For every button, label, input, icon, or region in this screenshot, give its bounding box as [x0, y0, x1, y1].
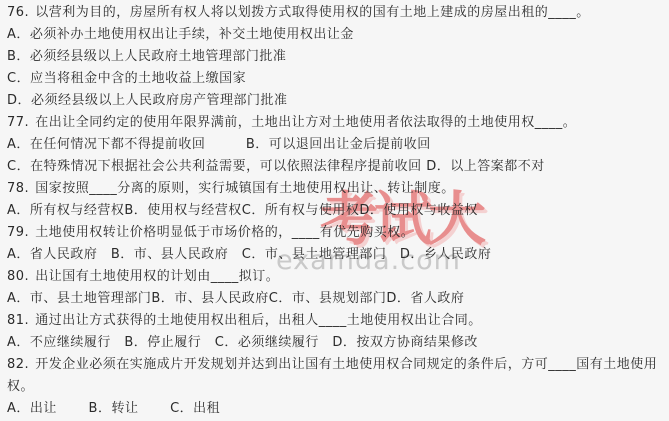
option-line: A．必须补办土地使用权出让手续，补交土地使用权出让金 — [7, 24, 663, 46]
question-stem-text: 以营利为目的，房屋所有权人将以划拨方式取得使用权的国有土地上建成的房屋出租的__… — [35, 5, 590, 20]
question-81: 81.通过出让方式获得的土地使用权出租后，出租人____土地使用权出让合同。 A… — [7, 310, 663, 354]
question-number: 80. — [7, 269, 29, 284]
option-line: C．应当将租金中含的土地收益上缴国家 — [7, 68, 663, 90]
option-line: A．省人民政府 B．市、县人民政府 C．市、县土地管理部门 D．乡人民政府 — [7, 244, 663, 266]
question-79: 79.土地使用权转让价格明显低于市场价格的，____有优先购买权。 A．省人民政… — [7, 222, 663, 266]
question-number: 77. — [7, 115, 29, 130]
question-number: 82. — [7, 357, 29, 372]
questions-list: 76.以营利为目的，房屋所有权人将以划拨方式取得使用权的国有土地上建成的房屋出租… — [7, 2, 663, 420]
question-number: 76. — [7, 5, 29, 20]
option-line: D．必须经县级以上人民政府房产管理部门批准 — [7, 90, 663, 112]
question-76: 76.以营利为目的，房屋所有权人将以划拨方式取得使用权的国有土地上建成的房屋出租… — [7, 2, 663, 112]
question-77: 77.在出让全同约定的使用年限界满前，土地出让方对土地使用者依法取得的土地使用权… — [7, 112, 663, 178]
question-stem-text: 国家按照____分离的原则，实行城镇国有土地使用权出让、转让制度。 — [35, 181, 455, 196]
question-stem-text: 出让国有土地使用权的计划由____拟订。 — [35, 269, 279, 284]
question-stem: 81.通过出让方式获得的土地使用权出租后，出租人____土地使用权出让合同。 — [7, 310, 663, 332]
question-78: 78.国家按照____分离的原则，实行城镇国有土地使用权出让、转让制度。 A．所… — [7, 178, 663, 222]
question-stem: 82.开发企业必须在实施成片开发规划并达到出让国有土地使用权合同规定的条件后，方… — [7, 354, 663, 398]
option-line: A．出让 B．转让 C．出租 — [7, 398, 663, 420]
question-number: 79. — [7, 225, 29, 240]
question-stem-text: 通过出让方式获得的土地使用权出租后，出租人____土地使用权出让合同。 — [35, 313, 482, 328]
question-stem: 79.土地使用权转让价格明显低于市场价格的，____有优先购买权。 — [7, 222, 663, 244]
question-stem-text: 开发企业必须在实施成片开发规划并达到出让国有土地使用权合同规定的条件后，方可__… — [7, 357, 657, 394]
question-stem-text: 土地使用权转让价格明显低于市场价格的，____有优先购买权。 — [35, 225, 414, 240]
exam-document: examda.com 考试大 76.以营利为目的，房屋所有权人将以划拨方式取得使… — [0, 0, 669, 421]
question-stem: 77.在出让全同约定的使用年限界满前，土地出让方对土地使用者依法取得的土地使用权… — [7, 112, 663, 134]
option-line: B．必须经县级以上人民政府土地管理部门批准 — [7, 46, 663, 68]
option-line: A．在任何情况下都不得提前收回 B．可以退回出让金后提前收回 — [7, 134, 663, 156]
option-line: A．所有权与经营权B．使用权与经营权C．所有权与使用权D．使用权与收益权 — [7, 200, 663, 222]
question-stem-text: 在出让全同约定的使用年限界满前，土地出让方对土地使用者依法取得的土地使用权___… — [35, 115, 576, 130]
question-stem: 76.以营利为目的，房屋所有权人将以划拨方式取得使用权的国有土地上建成的房屋出租… — [7, 2, 663, 24]
option-line: A．市、县土地管理部门B．市、县人民政府C．市、县规划部门D．省人政府 — [7, 288, 663, 310]
option-line: C．在特殊情况下根据社会公共利益需要，可以依照法律程序提前收回 D．以上答案都不… — [7, 156, 663, 178]
option-line: A．不应继续履行 B．停止履行 C．必须继续履行 D．按双方协商结果修改 — [7, 332, 663, 354]
question-stem: 80.出让国有土地使用权的计划由____拟订。 — [7, 266, 663, 288]
question-number: 81. — [7, 313, 29, 328]
question-number: 78. — [7, 181, 29, 196]
question-stem: 78.国家按照____分离的原则，实行城镇国有土地使用权出让、转让制度。 — [7, 178, 663, 200]
question-82: 82.开发企业必须在实施成片开发规划并达到出让国有土地使用权合同规定的条件后，方… — [7, 354, 663, 420]
question-80: 80.出让国有土地使用权的计划由____拟订。 A．市、县土地管理部门B．市、县… — [7, 266, 663, 310]
